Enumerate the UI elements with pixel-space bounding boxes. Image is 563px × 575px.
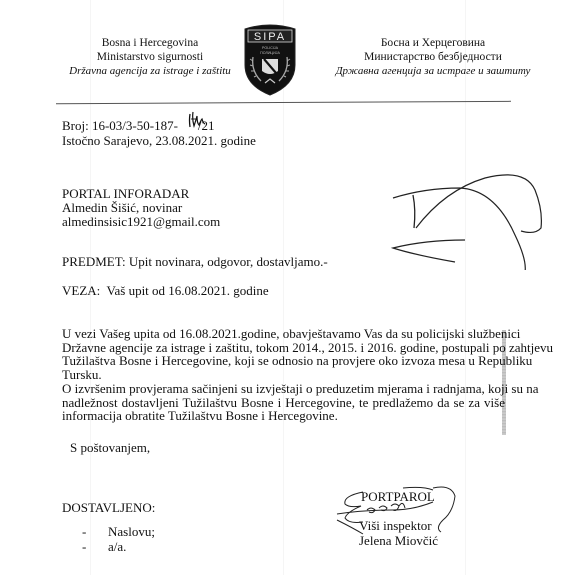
delivered-heading: DOSTAVLJENO:: [62, 500, 155, 515]
delivered-item-text: Naslovu;: [108, 524, 155, 539]
recipient-organization: PORTAL INFORADAR: [62, 186, 189, 201]
signature-block: PORTPAROL Viši inspektor Jelena Miovčić: [359, 489, 438, 548]
reference-number-prefix: Broj: 16-03/3-50-187-: [62, 118, 178, 133]
recipient-name: Almedin Šišić, novinar: [62, 200, 182, 215]
reference-link-label: VEZA:: [62, 283, 100, 298]
subject-text: Upit novinara, odgovor, dostavljamo.-: [129, 254, 328, 269]
list-bullet: -: [82, 524, 108, 539]
body-line: O izvršenim provjerama sačinjeni su izvj…: [62, 382, 505, 396]
scan-edge-artifact: [502, 330, 506, 435]
body-line: nadležnost dostavljeni Tužilaštvu Bosne …: [62, 396, 505, 410]
body-paragraph-1: U vezi Vašeg upita od 16.08.2021.godine,…: [62, 327, 505, 381]
letterhead-latin: Bosna i Hercegovina Ministarstvo sigurno…: [60, 36, 240, 78]
delivered-item: - a/a.: [82, 539, 155, 554]
handwritten-number-icon: [187, 110, 207, 132]
body-line: Tužilaštva Bosne i Hercegovine, koji se …: [62, 354, 505, 368]
list-bullet: -: [82, 539, 108, 554]
delivered-item: - Naslovu;: [82, 524, 155, 539]
letterhead-agency: Državna agencija za istrage i zaštitu: [60, 64, 240, 78]
subject-line: PREDMET: Upit novinara, odgovor, dostavl…: [62, 254, 328, 269]
document-page: Bosna i Hercegovina Ministarstvo sigurno…: [0, 0, 563, 575]
sipa-crest-icon: SIPA POLICIJA ПОЛИЦИЈА: [241, 21, 299, 97]
scan-artifact: [465, 0, 466, 575]
letterhead-cyrillic: Босна и Херцеговина Министарство безбјед…: [302, 36, 563, 78]
svg-text:SIPA: SIPA: [254, 31, 286, 43]
body-line: Državne agencije za istrage i zaštitu, t…: [62, 341, 505, 355]
subject-label: PREDMET:: [62, 254, 126, 269]
place-date: Istočno Sarajevo, 23.08.2021. godine: [62, 133, 256, 148]
signature-space: [359, 504, 438, 518]
recipient-email: almedinsisic1921@gmail.com: [62, 214, 220, 229]
closing-salutation: S poštovanjem,: [70, 440, 150, 455]
letterhead-country: Bosna i Hercegovina: [60, 36, 240, 50]
letterhead-agency: Државна агенција за истраге и заштиту: [302, 64, 563, 78]
signature-icon: [385, 160, 555, 270]
letterhead-ministry: Ministarstvo sigurnosti: [60, 50, 240, 64]
svg-text:ПОЛИЦИЈА: ПОЛИЦИЈА: [260, 51, 280, 55]
reference-link-line: VEZA: Vaš upit od 16.08.2021. godine: [62, 283, 269, 298]
signatory-office: PORTPAROL: [359, 489, 438, 504]
body-paragraph-2: O izvršenim provjerama sačinjeni su izvj…: [62, 382, 505, 423]
signatory-title: Viši inspektor: [359, 518, 438, 533]
body-line: informacija obratite Tužilaštvu Bosne i …: [62, 409, 505, 423]
letterhead-country: Босна и Херцеговина: [302, 36, 563, 50]
delivered-list: - Naslovu; - a/a.: [82, 524, 155, 554]
signatory-name: Jelena Miovčić: [359, 533, 438, 548]
body-line: U vezi Vašeg upita od 16.08.2021.godine,…: [62, 327, 505, 341]
letterhead-ministry: Министарство безбједности: [302, 50, 563, 64]
delivered-item-text: a/a.: [108, 539, 126, 554]
reference-link-text: Vaš upit od 16.08.2021. godine: [107, 283, 269, 298]
body-line: Tursku.: [62, 368, 505, 382]
svg-text:POLICIJA: POLICIJA: [262, 46, 279, 50]
